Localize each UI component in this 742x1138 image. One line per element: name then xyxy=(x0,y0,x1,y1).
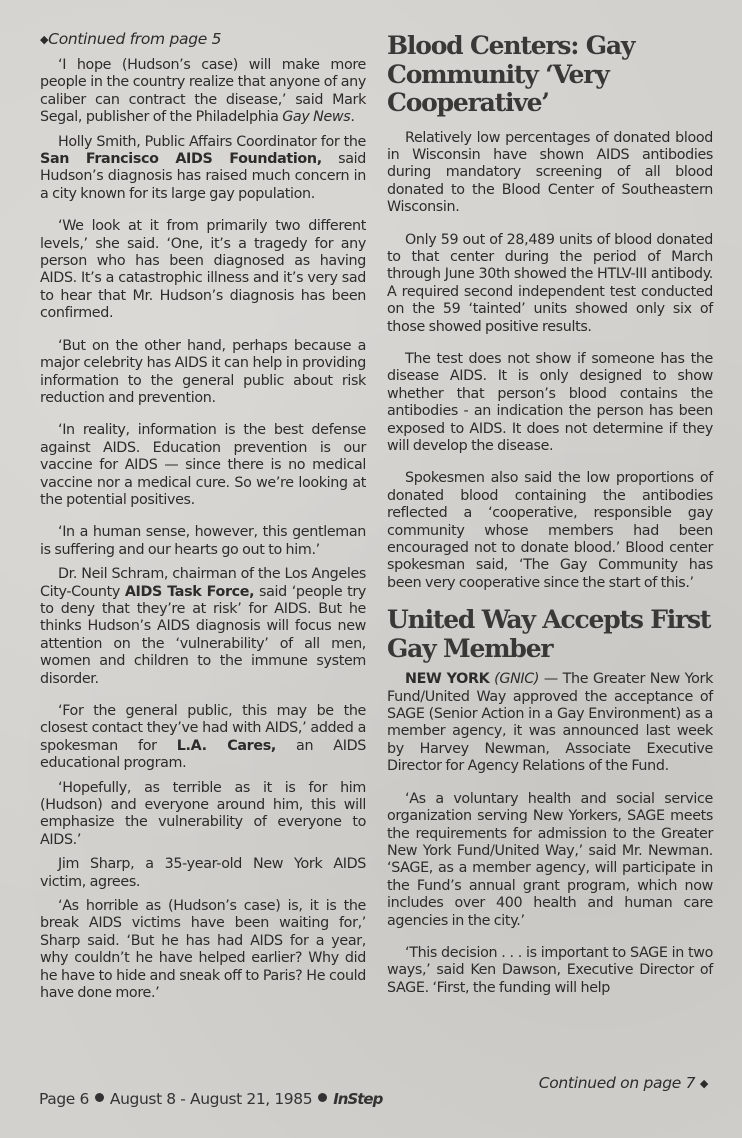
paragraph: Dr. Neil Schram, chairman of the Los Ang… xyxy=(40,566,366,688)
paragraph: ‘This decision . . . is important to SAG… xyxy=(387,945,713,997)
paragraph: ‘I hope (Hudson’s case) will make more p… xyxy=(40,57,366,127)
emphasis-bold: NEW YORK xyxy=(405,671,489,687)
paragraph: ‘As horrible as (Hudson’s case) is, it i… xyxy=(40,898,366,1002)
headline-blood-centers: Blood Centers: Gay Community ‘Very Coope… xyxy=(387,32,713,118)
paragraph: Spokesmen also said the low proportions … xyxy=(387,470,713,592)
page-number: Page 6 xyxy=(39,1090,89,1108)
article-united-way: United Way Accepts First Gay Member NEW … xyxy=(387,606,713,997)
emphasis-bold: L.A. Cares, xyxy=(177,738,276,754)
continued-on-label: Continued on page 7 ◆ xyxy=(539,1074,708,1092)
text-run: ‘As horrible as (Hudson’s case) is, it i… xyxy=(40,898,366,1001)
text-run: Relatively low percentages of donated bl… xyxy=(387,130,713,216)
article-blood-centers: Blood Centers: Gay Community ‘Very Coope… xyxy=(387,32,713,592)
paragraph: Jim Sharp, a 35-year-old New York AIDS v… xyxy=(40,856,366,891)
text-run: ‘In a human sense, however, this gentlem… xyxy=(40,524,366,557)
newspaper-page: ◆Continued from page 5 ‘I hope (Hudson’s… xyxy=(0,0,742,1138)
diamond-marker-icon: ◆ xyxy=(40,33,48,46)
text-run: Only 59 out of 28,489 units of blood don… xyxy=(387,232,713,335)
paragraph: Only 59 out of 28,489 units of blood don… xyxy=(387,232,713,336)
paragraph: ‘In reality, information is the best def… xyxy=(40,422,366,509)
paragraph: NEW YORK (GNIC) — The Greater New York F… xyxy=(387,671,713,775)
paragraph: Holly Smith, Public Affairs Coordinator … xyxy=(40,134,366,204)
page-footer: Page 6August 8 - August 21, 1985InStep xyxy=(39,1090,382,1108)
text-run: ‘But on the other hand, perhaps because … xyxy=(40,338,366,406)
emphasis-bold: San Francisco AIDS Foundation, xyxy=(40,151,322,167)
text-run: The test does not show if someone has th… xyxy=(387,351,713,454)
continued-on-text: Continued on page 7 xyxy=(539,1074,696,1092)
paragraph: ‘We look at it from primarily two differ… xyxy=(40,218,366,322)
text-run: Jim Sharp, a 35-year-old New York AIDS v… xyxy=(40,856,366,889)
paragraph: Relatively low percentages of donated bl… xyxy=(387,130,713,217)
paragraph: The test does not show if someone has th… xyxy=(387,351,713,455)
emphasis-italic: (GNIC) xyxy=(494,671,539,687)
text-run: ‘In reality, information is the best def… xyxy=(40,422,366,508)
continued-from-label: ◆Continued from page 5 xyxy=(40,30,221,48)
issue-dates: August 8 - August 21, 1985 xyxy=(110,1090,312,1108)
emphasis-italic: Gay News xyxy=(282,109,350,125)
bullet-icon xyxy=(95,1093,104,1102)
right-column: Blood Centers: Gay Community ‘Very Coope… xyxy=(387,32,713,997)
paragraph: ‘In a human sense, however, this gentlem… xyxy=(40,524,366,559)
left-column: ‘I hope (Hudson’s case) will make more p… xyxy=(40,57,366,1003)
paragraph: ‘But on the other hand, perhaps because … xyxy=(40,338,366,408)
bullet-icon xyxy=(318,1093,327,1102)
publication-logo: InStep xyxy=(333,1090,382,1108)
text-run: Spokesmen also said the low proportions … xyxy=(387,470,713,590)
continued-from-text: Continued from page 5 xyxy=(48,30,221,48)
paragraph: ‘Hopefully, as terrible as it is for him… xyxy=(40,780,366,850)
headline-united-way: United Way Accepts First Gay Member xyxy=(387,606,713,663)
diamond-marker-icon: ◆ xyxy=(700,1077,708,1090)
emphasis-bold: AIDS Task Force, xyxy=(125,584,254,600)
text-run: . xyxy=(350,109,354,125)
paragraph: ‘For the general public, this may be the… xyxy=(40,703,366,773)
text-run: ‘This decision . . . is important to SAG… xyxy=(387,945,713,996)
text-run: ‘We look at it from primarily two differ… xyxy=(40,218,366,321)
text-run: ‘Hopefully, as terrible as it is for him… xyxy=(40,780,366,848)
text-run: ‘As a voluntary health and social servic… xyxy=(387,791,713,929)
paragraph: ‘As a voluntary health and social servic… xyxy=(387,791,713,930)
text-run: Holly Smith, Public Affairs Coordinator … xyxy=(58,134,366,150)
